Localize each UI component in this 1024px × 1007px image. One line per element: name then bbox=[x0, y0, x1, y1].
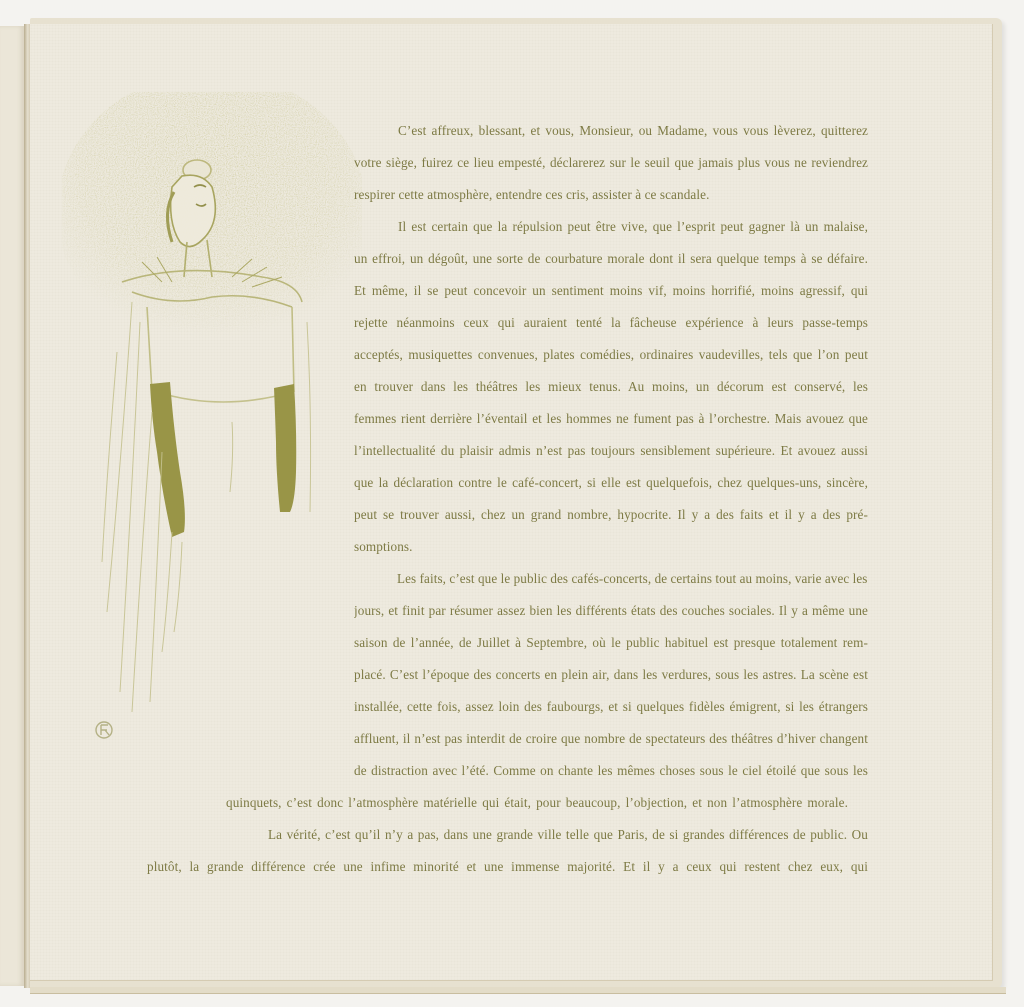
artist-monogram-icon bbox=[96, 722, 112, 738]
text-line: l’intellectualité du plaisir admis n’est… bbox=[354, 443, 868, 459]
text-line: quinquets, c’est donc l’atmosphère matér… bbox=[226, 795, 848, 811]
text-line: Et même, il se peut concevoir un sentime… bbox=[354, 283, 868, 299]
text-line: jours, et finit par résumer assez bien l… bbox=[354, 603, 868, 619]
text-line: Il est certain que la répulsion peut êtr… bbox=[398, 219, 868, 235]
singer-lithograph-illustration bbox=[62, 92, 362, 752]
text-line: un effroi, un dégoût, une sorte de courb… bbox=[354, 251, 868, 267]
text-line: en trouver dans les théâtres les mieux t… bbox=[354, 379, 868, 395]
text-line: C’est affreux, blessant, et vous, Monsie… bbox=[398, 123, 868, 139]
text-line: installée, cette fois, assez loin des fa… bbox=[354, 699, 868, 715]
right-glove bbox=[274, 384, 296, 512]
left-glove bbox=[150, 382, 185, 537]
facing-left-page bbox=[0, 26, 26, 986]
text-line: placé. C’est l’époque des concerts en pl… bbox=[354, 667, 868, 683]
text-line: peut se trouver aussi, chez un grand nom… bbox=[354, 507, 868, 523]
text-line: rejette néanmoins ceux qui auraient tent… bbox=[354, 315, 868, 331]
text-line: que la déclaration contre le café-concer… bbox=[354, 475, 868, 491]
text-line: acceptés, musiquettes convenues, plates … bbox=[354, 347, 868, 363]
text-line: plutôt, la grande différence crée une in… bbox=[147, 859, 868, 875]
text-line: somptions. bbox=[354, 539, 413, 555]
text-line: affluent, il n’est pas interdit de croir… bbox=[354, 731, 868, 747]
text-line: saison de l’année, de Juillet à Septembr… bbox=[354, 635, 868, 651]
text-line: votre siège, fuirez ce lieu empesté, déc… bbox=[354, 155, 868, 171]
text-line: Les faits, c’est que le public des cafés… bbox=[397, 571, 868, 587]
text-line: femmes rient derrière l’éventail et les … bbox=[354, 411, 868, 427]
text-line: La vérité, c’est qu’il n’y a pas, dans u… bbox=[268, 827, 868, 843]
text-line: respirer cette atmosphère, entendre ces … bbox=[354, 187, 709, 203]
text-line: de distraction avec l’été. Comme on chan… bbox=[354, 763, 868, 779]
